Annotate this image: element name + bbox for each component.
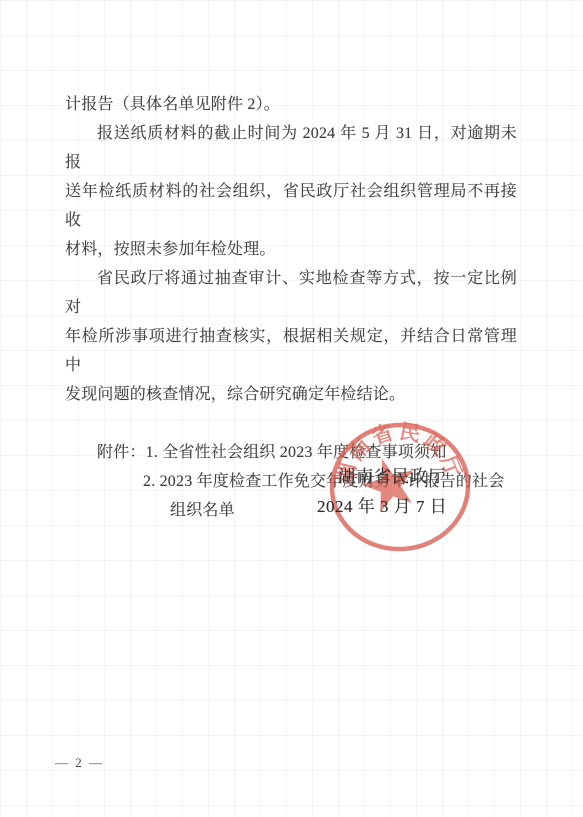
seal-char: 政 [419, 428, 450, 460]
paragraph-continuation: 计报告（具体名单见附件 2）。 [65, 90, 517, 119]
text-line: 送年检纸质材料的社会组织，省民政厅社会组织管理局不再接收 [65, 177, 517, 235]
text-line: 报送纸质材料的截止时间为 2024 年 5 月 31 日，对逾期未报 [65, 119, 517, 177]
paragraph-deadline: 报送纸质材料的截止时间为 2024 年 5 月 31 日，对逾期未报 送年检纸质… [65, 119, 517, 264]
text-line: 省民政厅将通过抽查审计、实地检查等方式，按一定比例对 [65, 264, 517, 322]
seal-char: 南 [344, 434, 376, 466]
seal-char: 民 [398, 421, 423, 447]
text-line: 发现问题的核查情况，综合研究确定年检结论。 [65, 380, 517, 409]
page-number: — 2 — [55, 755, 104, 771]
signature-issuer: 湖南省民政厅 [338, 466, 446, 488]
text-line: 计报告（具体名单见附件 2）。 [65, 90, 517, 119]
text-line: 年检所涉事项进行抽查核实，根据相关规定，并结合日常管理中 [65, 322, 517, 380]
scanned-document-page: 计报告（具体名单见附件 2）。 报送纸质材料的截止时间为 2024 年 5 月 … [0, 0, 583, 817]
text-line: 材料，按照未参加年检处理。 [65, 235, 517, 264]
paragraph-spot-check: 省民政厅将通过抽查审计、实地检查等方式，按一定比例对 年检所涉事项进行抽查核实，… [65, 264, 517, 409]
signature-date: 2024 年 3 月 7 日 [317, 496, 447, 518]
